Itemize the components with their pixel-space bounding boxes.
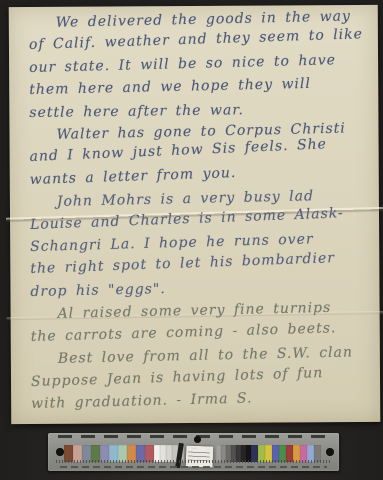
- ruler-ticks-bottom: [56, 460, 331, 463]
- letter-text: We delivered the goods in the wayof Cali…: [29, 10, 379, 415]
- ruler-hole-center-icon: [194, 436, 201, 443]
- photo-background: We delivered the goods in the wayof Cali…: [0, 0, 383, 480]
- calibration-label: [186, 446, 214, 468]
- ruler-fine-print: [60, 466, 327, 468]
- calibration-ruler: [48, 433, 339, 471]
- ruler-hole-right-icon: [326, 448, 334, 456]
- ruler-hole-left-icon: [56, 448, 64, 456]
- letter-paper: We delivered the goods in the wayof Cali…: [9, 5, 381, 424]
